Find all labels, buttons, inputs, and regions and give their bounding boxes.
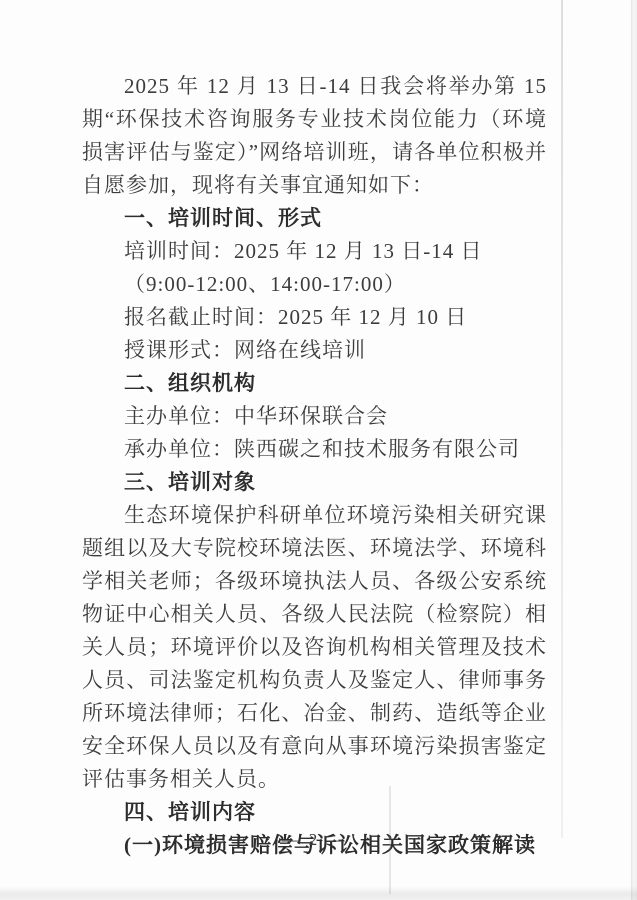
- page-right-edge-shadow: [631, 0, 637, 900]
- section-heading: 三、培训对象: [82, 466, 547, 499]
- paragraph: 生态环境保护科研单位环境污染相关研究课题组以及大专院校环境法医、环境法学、环境科…: [82, 499, 547, 796]
- paragraph: 报名截止时间：2025 年 12 月 10 日: [82, 301, 547, 334]
- document-page: 2025 年 12 月 13 日-14 日我会将举办第 15 期“环保技术咨询服…: [0, 0, 637, 900]
- section-heading: 二、组织机构: [82, 367, 547, 400]
- paragraph: 授课形式：网络在线培训: [82, 334, 547, 367]
- paragraph: 培训时间：2025 年 12 月 13 日-14 日: [82, 235, 547, 268]
- paragraph: 承办单位：陕西碳之和技术服务有限公司: [82, 433, 547, 466]
- section-heading: 一、培训时间、形式: [82, 202, 547, 235]
- scan-bottom-edge-shadow: [0, 886, 637, 900]
- paragraph: 2025 年 12 月 13 日-14 日我会将举办第 15 期“环保技术咨询服…: [82, 70, 547, 202]
- page-number: — 2 —: [82, 830, 547, 850]
- document-body: 2025 年 12 月 13 日-14 日我会将举办第 15 期“环保技术咨询服…: [82, 70, 547, 862]
- section-heading: 四、培训内容: [82, 796, 547, 829]
- scan-crease-line-upper: [561, 0, 563, 838]
- paragraph: 主办单位：中华环保联合会: [82, 400, 547, 433]
- paragraph: （9:00-12:00、14:00-17:00）: [82, 268, 547, 301]
